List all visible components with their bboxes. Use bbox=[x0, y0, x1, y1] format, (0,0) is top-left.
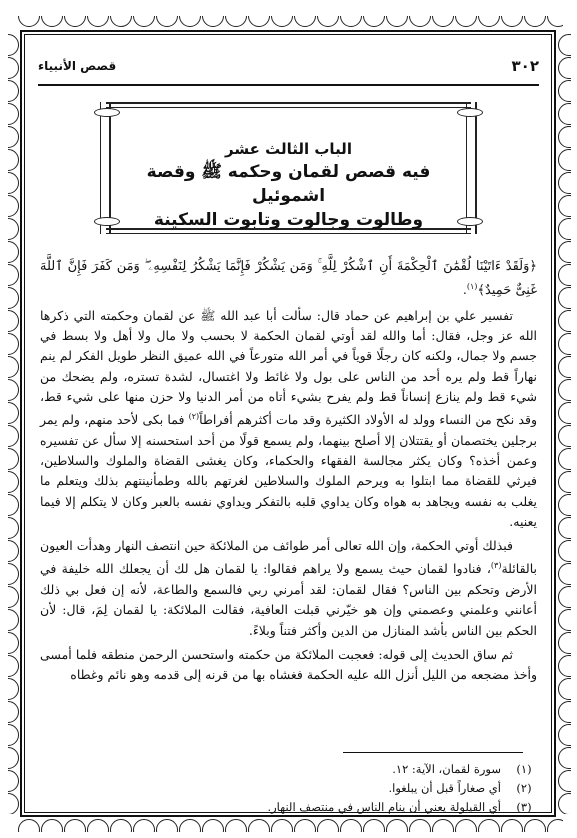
chapter-number: الباب الثالث عشر bbox=[116, 138, 461, 160]
page-number: ٣٠٢ bbox=[512, 57, 539, 75]
footnote-1: (١) سورة لقمان، الآية: ١٢. bbox=[40, 760, 537, 779]
paragraph-2: فبذلك أوتي الحكمة، وإن الله تعالى أمر طو… bbox=[40, 536, 537, 641]
footnote-3: (٣) أي القيلولة يعني أن ينام الناس في من… bbox=[40, 798, 537, 817]
footnote-divider bbox=[343, 752, 523, 753]
footnote-mark: (٣) bbox=[511, 798, 537, 817]
footnote-mark: (١) bbox=[511, 760, 537, 779]
paragraph-1: تفسير علي بن إبراهيم عن حماد قال: سألت أ… bbox=[40, 306, 537, 532]
scroll-edge-top bbox=[106, 102, 471, 108]
footnote-ref-1[interactable]: (١) bbox=[467, 282, 478, 291]
header-divider bbox=[38, 84, 539, 86]
ornamental-border-right bbox=[557, 34, 571, 814]
scroll-side-right bbox=[466, 102, 477, 234]
scroll-side-left bbox=[100, 102, 111, 234]
running-header: ٣٠٢ قصص الأنبياء bbox=[38, 56, 539, 76]
footnotes: (١) سورة لقمان، الآية: ١٢. (٢) أي صغاراً… bbox=[40, 760, 537, 817]
chapter-title-line-2: وطالوت وجالوت وتابوت السكينة bbox=[116, 208, 461, 232]
footnote-text: أي صغاراً قبل أن يبلغوا. bbox=[388, 779, 501, 798]
footnote-text: سورة لقمان، الآية: ١٢. bbox=[392, 760, 501, 779]
scroll-roll-icon bbox=[457, 108, 483, 117]
paragraph-3: ثم ساق الحديث إلى قوله: فعجبت الملائكة م… bbox=[40, 645, 537, 686]
footnote-ref-2[interactable]: (٢) bbox=[189, 412, 200, 421]
book-page: ٣٠٢ قصص الأنبياء الباب الثالث عشر فيه قص… bbox=[0, 0, 577, 838]
footnote-mark: (٢) bbox=[511, 779, 537, 798]
ornamental-border-top bbox=[18, 16, 563, 30]
chapter-title-line-1: فيه قصص لقمان وحكمه ﷺ وقصة اشموئيل bbox=[116, 160, 461, 208]
body-text: ﴿وَلَقَدْ ءَاتَيْنَا لُقْمَٰنَ ٱلْحِكْمَ… bbox=[40, 256, 537, 689]
scroll-roll-icon bbox=[94, 108, 120, 117]
footnote-2: (٢) أي صغاراً قبل أن يبلغوا. bbox=[40, 779, 537, 798]
chapter-banner: الباب الثالث عشر فيه قصص لقمان وحكمه ﷺ و… bbox=[96, 98, 481, 238]
chapter-heading: الباب الثالث عشر فيه قصص لقمان وحكمه ﷺ و… bbox=[116, 138, 461, 232]
footnote-text: أي القيلولة يعني أن ينام الناس في منتصف … bbox=[267, 798, 501, 817]
quran-verse: ﴿وَلَقَدْ ءَاتَيْنَا لُقْمَٰنَ ٱلْحِكْمَ… bbox=[40, 256, 537, 302]
ornamental-border-bottom bbox=[18, 818, 563, 832]
book-title: قصص الأنبياء bbox=[38, 59, 116, 73]
footnote-ref-3[interactable]: (٣) bbox=[491, 561, 502, 570]
